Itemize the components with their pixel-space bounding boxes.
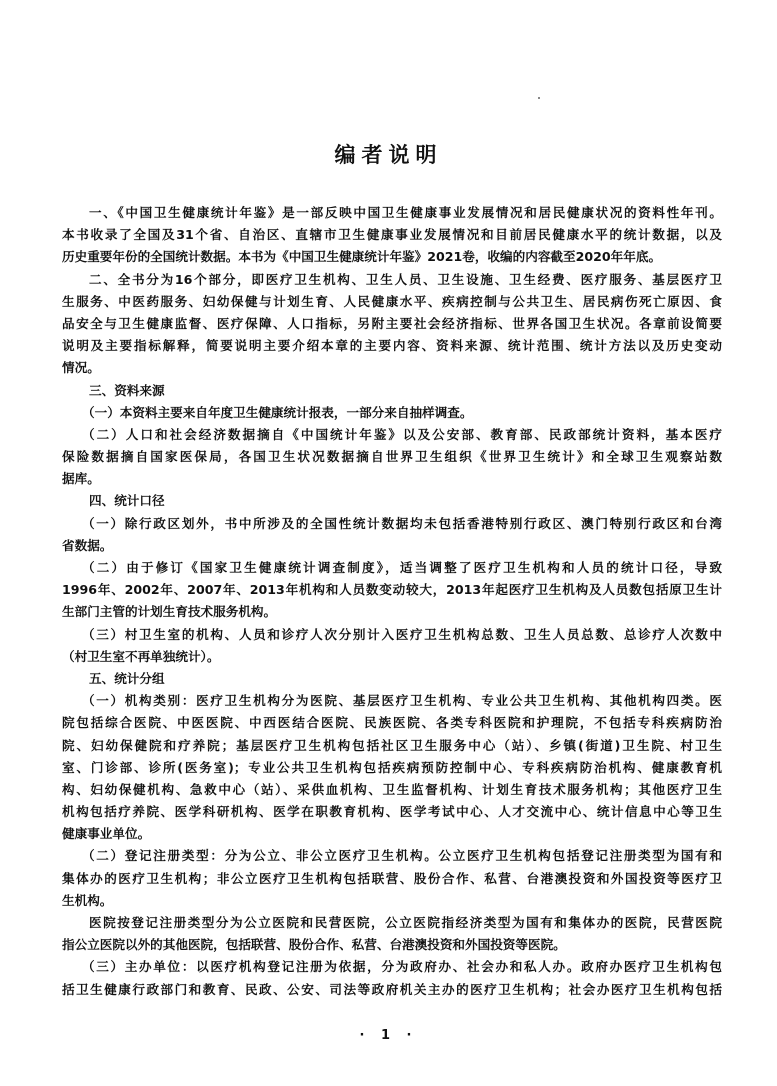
paragraph-line: 情况。 [62, 357, 722, 379]
paragraph-line: 院包括综合医院、中医医院、中西医结合医院、民族医院、各类专科医院和护理院，不包括… [62, 712, 722, 734]
paragraph-line: 指公立医院以外的其他医院，包括联营、股份合作、私营、台港澳投资和外国投资等医院。 [62, 934, 722, 956]
document-body: 一、《中国卫生健康统计年鉴》是一部反映中国卫生健康事业发展情况和居民健康状况的资… [62, 202, 722, 1001]
paragraph-line: 保险数据摘自国家医保局，各国卫生状况数据摘自世界卫生组织《世界卫生统计》和全球卫… [62, 446, 722, 468]
paragraph-line: 机构包括疗养院、医学科研机构、医学在职教育机构、医学考试中心、人才交流中心、统计… [62, 801, 722, 823]
paragraph-line: 括卫生健康行政部门和教育、民政、公安、司法等政府机关主办的医疗卫生机构；社会办医… [62, 979, 722, 1001]
paragraph-line: 本书收录了全国及31个省、自治区、直辖市卫生健康事业发展情况和目前居民健康水平的… [62, 224, 722, 246]
paragraph-line: 医院按登记注册类型分为公立医院和民营医院，公立医院指经济类型为国有和集体办的医院… [62, 912, 722, 934]
paragraph-line: （三）主办单位：以医疗机构登记注册为依据，分为政府办、社会办和私人办。政府办医疗… [62, 956, 722, 978]
page-number: · 1 · [0, 1028, 777, 1043]
paragraph-line: 室、门诊部、诊所(医务室)；专业公共卫生机构包括疾病预防控制中心、专科疾病防治机… [62, 757, 722, 779]
section-heading: 四、统计口径 [62, 490, 722, 512]
paragraph-line: 生机构。 [62, 890, 722, 912]
paragraph-line: （三）村卫生室的机构、人员和诊疗人次分别计入医疗卫生机构总数、卫生人员总数、总诊… [62, 624, 722, 646]
paragraph-line: 据库。 [62, 468, 722, 490]
paragraph-line: （二）由于修订《国家卫生健康统计调查制度》，适当调整了医疗卫生机构和人员的统计口… [62, 557, 722, 579]
section-heading: 五、统计分组 [62, 668, 722, 690]
scan-speck [538, 97, 540, 99]
paragraph-line: 二、全书分为16个部分，即医疗卫生机构、卫生人员、卫生设施、卫生经费、医疗服务、… [62, 269, 722, 291]
paragraph-line: 1996年、2002年、2007年、2013年机构和人员数变动较大，2013年起… [62, 579, 722, 601]
paragraph-line: 集体办的医疗卫生机构；非公立医疗卫生机构包括联营、股份合作、私营、台港澳投资和外… [62, 868, 722, 890]
paragraph-line: 历史重要年份的全国统计数据。本书为《中国卫生健康统计年鉴》2021卷，收编的内容… [62, 246, 722, 268]
paragraph-line: 生服务、中医药服务、妇幼保健与计划生育、人民健康水平、疾病控制与公共卫生、居民病… [62, 291, 722, 313]
paragraph-line: 生部门主管的计划生育技术服务机构。 [62, 601, 722, 623]
paragraph-line: （一）本资料主要来自年度卫生健康统计报表，一部分来自抽样调查。 [62, 402, 722, 424]
section-heading: 三、资料来源 [62, 380, 722, 402]
paragraph-line: （一）除行政区划外，书中所涉及的全国性统计数据均未包括香港特别行政区、澳门特别行… [62, 513, 722, 535]
paragraph-line: （一）机构类别：医疗卫生机构分为医院、基层医疗卫生机构、专业公共卫生机构、其他机… [62, 690, 722, 712]
paragraph-line: 一、《中国卫生健康统计年鉴》是一部反映中国卫生健康事业发展情况和居民健康状况的资… [62, 202, 722, 224]
page-title: 编者说明 [0, 139, 777, 169]
paragraph-line: 说明及主要指标解释，简要说明主要介绍本章的主要内容、资料来源、统计范围、统计方法… [62, 335, 722, 357]
paragraph-line: （二）人口和社会经济数据摘自《中国统计年鉴》以及公安部、教育部、民政部统计资料，… [62, 424, 722, 446]
paragraph-line: （二）登记注册类型：分为公立、非公立医疗卫生机构。公立医疗卫生机构包括登记注册类… [62, 845, 722, 867]
paragraph-line: 省数据。 [62, 535, 722, 557]
paragraph-line: 构、妇幼保健机构、急救中心（站）、采供血机构、卫生监督机构、计划生育技术服务机构… [62, 779, 722, 801]
paragraph-line: （村卫生室不再单独统计）。 [62, 646, 722, 668]
paragraph-line: 品安全与卫生健康监督、医疗保障、人口指标，另附主要社会经济指标、世界各国卫生状况… [62, 313, 722, 335]
paragraph-line: 院、妇幼保健院和疗养院；基层医疗卫生机构包括社区卫生服务中心（站）、乡镇(街道)… [62, 735, 722, 757]
paragraph-line: 健康事业单位。 [62, 823, 722, 845]
